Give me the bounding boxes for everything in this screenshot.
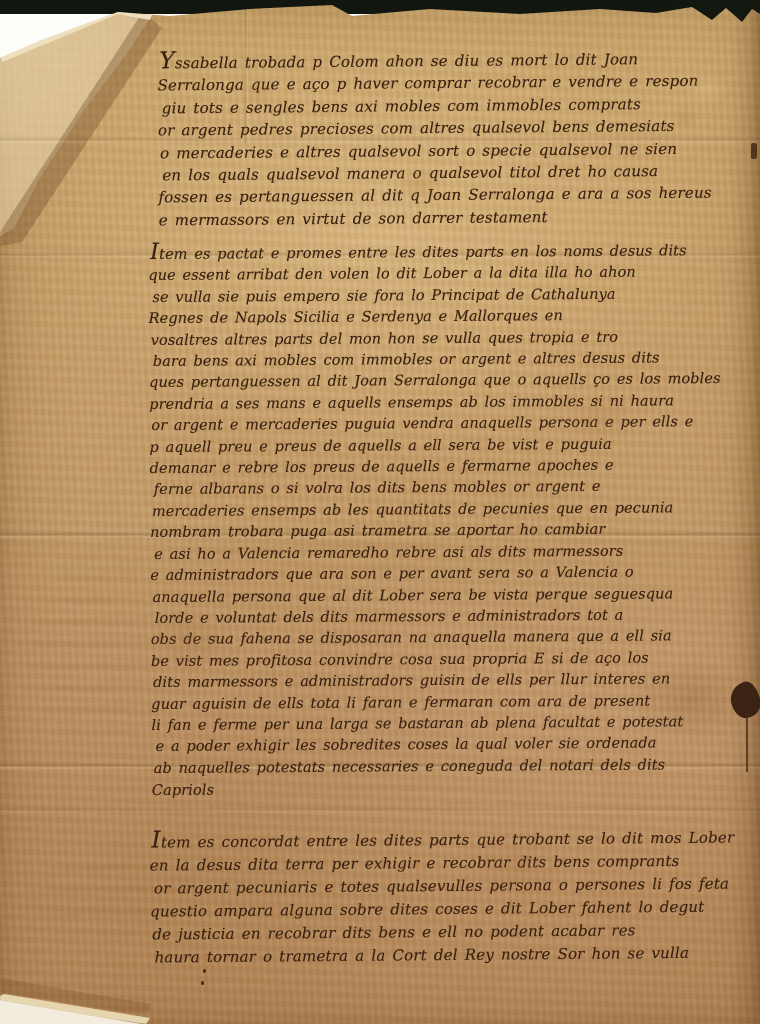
fold-crease	[0, 806, 760, 814]
manuscript-line: vosaltres altres parts del mon hon se vu…	[151, 327, 721, 352]
manuscript-line: en la desus dita terra per exhigir e rec…	[150, 849, 735, 877]
manuscript-line: giu tots e sengles bens axi mobles com i…	[162, 92, 711, 119]
manuscript-line: Yssabella trobada p Colom ahon se diu es…	[159, 46, 710, 75]
manuscript-line: or argent pecuniaris e totes qualsevulle…	[154, 872, 735, 900]
manuscript-line: anaquella persona que al dit Lober sera …	[152, 584, 722, 609]
manuscript-line: questio ampara alguna sobre dites coses …	[150, 895, 735, 923]
manuscript-line: li fan e ferme per una larga se bastaran…	[151, 712, 723, 737]
ink-blot-stain	[728, 679, 760, 720]
manuscript-line: or argent pedres precioses com altres qu…	[158, 115, 711, 142]
manuscript-line: p aquell preu e preus de aquells a ell s…	[149, 434, 721, 459]
fold-crease-vertical	[244, 4, 249, 144]
fold-crease	[0, 251, 760, 259]
page-edge-shading	[730, 0, 760, 1024]
manuscript-line: ques pertanguessen al dit Joan Serralong…	[149, 369, 721, 394]
manuscript-line: fossen es pertanguessen al dit q Joan Se…	[158, 182, 711, 209]
manuscript-line: que essent arribat den volen lo dit Lobe…	[148, 262, 720, 287]
manuscript-line: e administradors que ara son e per avant…	[150, 562, 722, 587]
torn-edge-shadow	[0, 0, 360, 260]
manuscript-line: de justicia en recobrar dits bens e ell …	[152, 918, 735, 946]
manuscript-line: Item es pactat e promes entre les dites …	[150, 238, 720, 266]
manuscript-line: prendria a ses mans e aquells ensemps ab…	[149, 391, 721, 416]
manuscript-line: e a poder exhigir les sobredites coses l…	[156, 733, 724, 758]
manuscript-line: o mercaderies e altres qualsevol sort o …	[160, 137, 711, 164]
ink-dot	[201, 981, 204, 985]
manuscript-line: guar aguisin de ells tota li faran e fer…	[151, 691, 723, 716]
fold-crease	[0, 531, 760, 539]
manuscript-line: e mermassors en virtut de son darrer tes…	[159, 204, 712, 231]
manuscript-line: be vist mes profitosa convindre cosa sua…	[151, 648, 723, 673]
fold-crease	[0, 762, 760, 770]
ink-dot	[203, 969, 206, 973]
bleedthrough-text	[250, 780, 590, 810]
manuscript-line: Serralonga que e aço p haver comprar rec…	[157, 70, 710, 97]
bleedthrough-text	[26, 838, 186, 948]
manuscript-line: Regnes de Napols Sicilia e Serdenya e Ma…	[149, 305, 721, 330]
manuscript-line: en los quals qualsevol manera o qualsevo…	[162, 160, 711, 187]
manuscript-line: demanar e rebre los preus de aquells e f…	[150, 455, 722, 480]
manuscript-line: or argent e mercaderies puguia vendra an…	[151, 412, 721, 437]
manuscript-line: lorde e voluntat dels dits marmessors e …	[155, 605, 723, 630]
manuscript-scan: Yssabella trobada p Colom ahon se diu es…	[0, 0, 760, 1024]
manuscript-paragraph-1: Yssabella trobada p Colom ahon se diu es…	[157, 46, 712, 232]
manuscript-line: obs de sua fahena se disposaran na anaqu…	[151, 626, 723, 651]
bleedthrough-text	[14, 548, 174, 758]
edge-ink-mark	[751, 143, 757, 159]
bleedthrough-text	[150, 520, 480, 580]
manuscript-line: Capriols	[152, 777, 724, 802]
scanner-dark-strip	[0, 0, 760, 14]
ink-drip-line	[746, 714, 748, 772]
manuscript-line: dits marmessors e administradors guisin …	[153, 669, 723, 694]
torn-corner-flap	[0, 0, 360, 260]
parchment-page: Yssabella trobada p Colom ahon se diu es…	[0, 0, 760, 1024]
manuscript-line: Item es concordat entre les dites parts …	[151, 823, 734, 854]
manuscript-line: mercaderies ensemps ab les quantitats de…	[152, 498, 722, 523]
fold-tone-band	[0, 766, 760, 1024]
manuscript-paragraph-3: Item es concordat entre les dites parts …	[149, 823, 735, 969]
manuscript-line: ab naquelles potestats necessaries e con…	[154, 755, 724, 780]
manuscript-line: se vulla sie puis empero sie fora lo Pri…	[152, 284, 720, 309]
manuscript-paragraph-2: Item es pactat e promes entre les dites …	[148, 238, 723, 803]
fold-tone-band	[0, 535, 760, 765]
manuscript-line: e asi ho a Valencia remaredho rebre asi …	[154, 541, 722, 566]
fold-crease	[0, 136, 760, 144]
bottom-cut-shadow	[0, 948, 300, 1012]
manuscript-line: haura tornar o trametra a la Cort del Re…	[154, 941, 735, 969]
manuscript-line: ferne albarans o si volra los dits bens …	[154, 476, 722, 501]
manuscript-line: bara bens axi mobles com immobles or arg…	[153, 348, 721, 373]
manuscript-line: nombram trobara puga asi trametra se apo…	[150, 519, 722, 544]
